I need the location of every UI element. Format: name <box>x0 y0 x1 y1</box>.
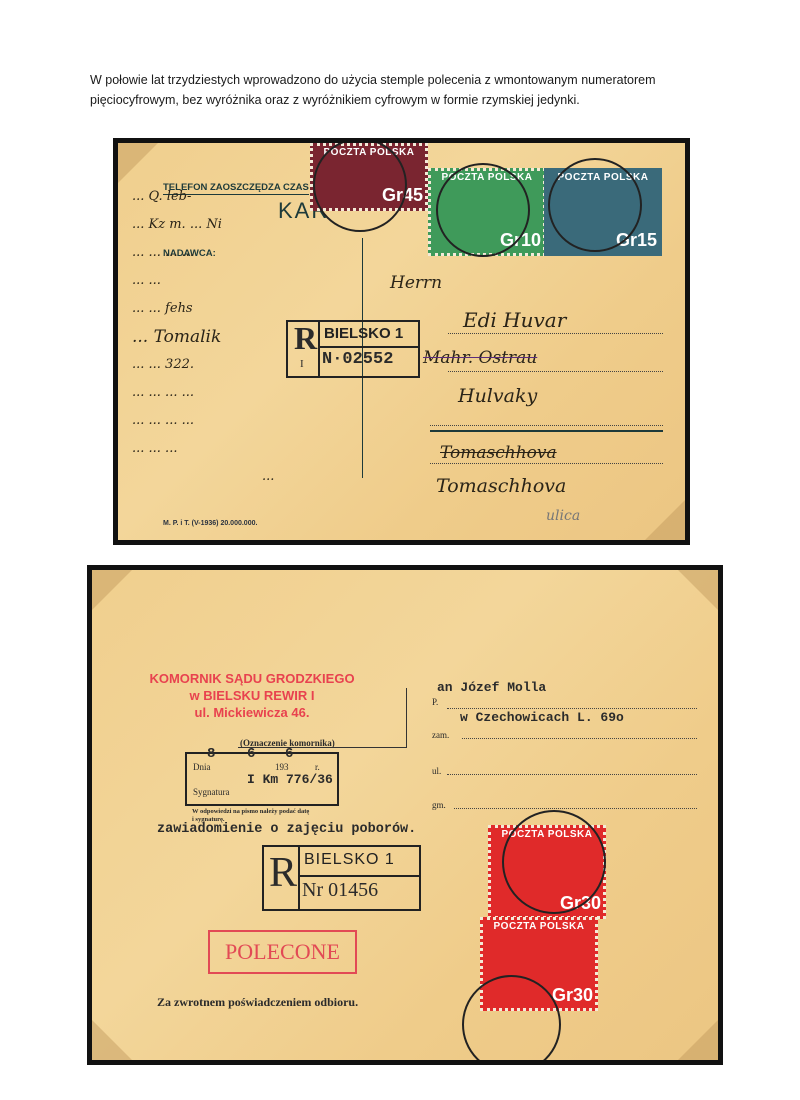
addressee-town: Hulvaky <box>458 385 537 407</box>
intro-paragraph: W połowie lat trzydziestych wprowadzono … <box>90 70 710 110</box>
polecone-stamp: POLECONE <box>208 930 357 974</box>
addressee-street-struck: Mahr. Ostrau <box>423 348 537 368</box>
cancel-postmark-2 <box>436 163 530 257</box>
subject-line: zawiadomienie o zajęciu poborów. <box>157 822 416 837</box>
bailiff-stamp: KOMORNIK SĄDU GRODZKIEGO w BIELSKU REWIR… <box>132 670 372 721</box>
addressee-salutation: Herrn <box>390 273 442 293</box>
addressee-name: an Józef Molla <box>437 680 546 695</box>
cancel-postmark-3 <box>548 158 642 252</box>
registration-label: R I BIELSKO 1 N·02552 <box>286 320 420 378</box>
addressee-name: Edi Huvar <box>463 308 566 332</box>
label-zam: zam. <box>432 730 449 740</box>
date-signature-box: 8 6 6 Dnia 193 r. I Km 776/36 Sygnatura <box>185 752 339 806</box>
addressee-place: w Czechowicach L. 69o <box>460 710 624 725</box>
addressee-struck: Tomaschhova <box>440 443 557 463</box>
addressee-note: ulica <box>546 508 580 524</box>
sender-handwriting: ... Q. leb- ... Kz m. ... Ni ... ... ...… <box>132 183 274 491</box>
envelope-footer: Za zwrotnem poświadczeniem odbioru. <box>157 995 358 1010</box>
cancel-postmark-1 <box>502 810 606 914</box>
envelope: KOMORNIK SĄDU GRODZKIEGO w BIELSKU REWIR… <box>87 565 723 1065</box>
cancel-postmark-1 <box>313 143 407 232</box>
label-gm: gm. <box>432 800 446 810</box>
postcard: TELEFON ZAOSZCZĘDZA CZAS KAR NADAWCA: ..… <box>113 138 690 545</box>
addressee-line: Tomaschhova <box>436 475 566 497</box>
registration-label: R BIELSKO 1 Nr 01456 <box>262 845 421 911</box>
postcard-footer: M. P. i T. (V-1936) 20.000.000. <box>163 520 257 527</box>
envelope-paper: KOMORNIK SĄDU GRODZKIEGO w BIELSKU REWIR… <box>92 570 718 1060</box>
label-ul: ul. <box>432 766 441 776</box>
postcard-paper: TELEFON ZAOSZCZĘDZA CZAS KAR NADAWCA: ..… <box>118 143 685 540</box>
label-p: P. <box>432 697 438 707</box>
